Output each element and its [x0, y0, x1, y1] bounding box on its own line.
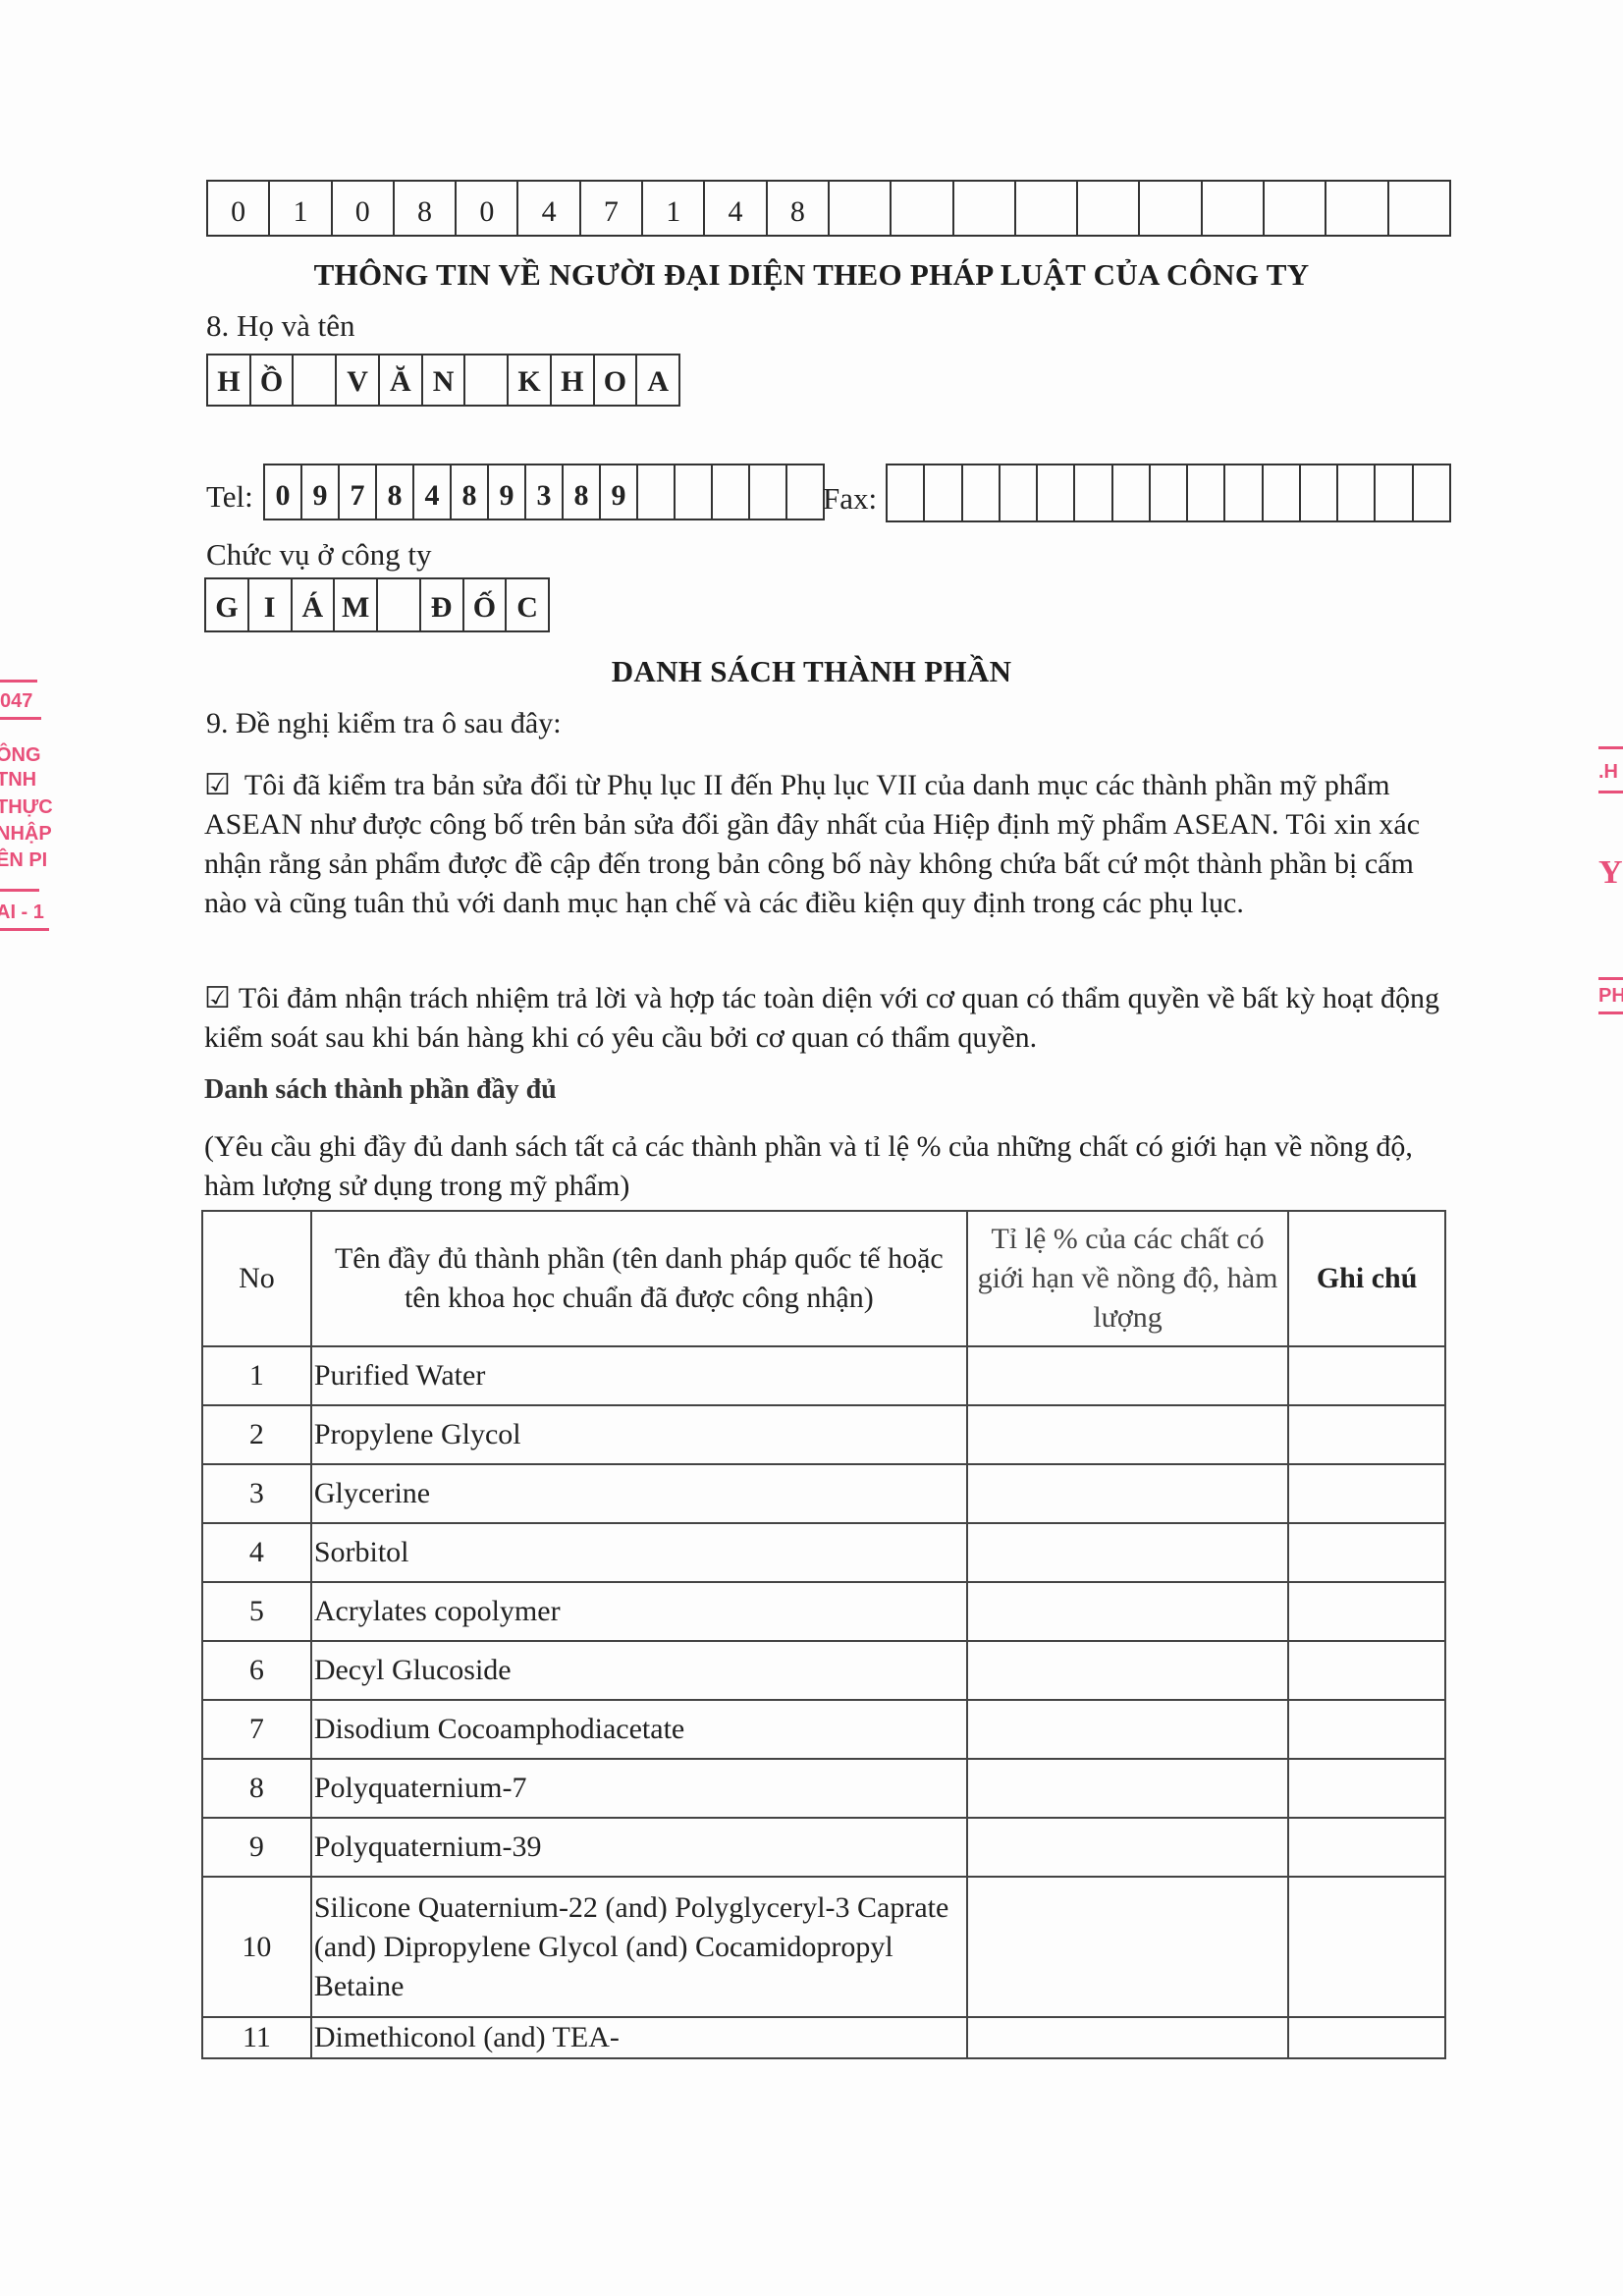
stamp-rule	[0, 680, 37, 683]
cell-note[interactable]	[1288, 1464, 1445, 1523]
cell-ratio[interactable]	[967, 2017, 1288, 2058]
stamp-text: THỰC	[0, 793, 53, 821]
tel-digit-box[interactable]: 0	[265, 465, 302, 519]
cell-name: Dimethiconol (and) TEA-	[311, 2017, 967, 2058]
tel-digit-box[interactable]: 9	[601, 465, 638, 519]
position-char-box[interactable]: Ố	[464, 579, 508, 630]
cell-ratio[interactable]	[967, 1818, 1288, 1877]
cell-no: 8	[202, 1759, 311, 1818]
tel-digit-box[interactable]: 7	[340, 465, 377, 519]
cell-ratio[interactable]	[967, 1464, 1288, 1523]
cell-name: Decyl Glucoside	[311, 1641, 967, 1700]
table-row: 3Glycerine	[202, 1464, 1445, 1523]
checkbox-checked-icon[interactable]: ☑	[204, 769, 231, 801]
name-char-box[interactable]: Ồ	[251, 355, 295, 405]
stamp-text: .H	[1598, 758, 1618, 786]
tel-digit-box[interactable]: 8	[452, 465, 489, 519]
table-row: 11Dimethiconol (and) TEA-	[202, 2017, 1445, 2058]
stamp-rule	[0, 928, 49, 931]
full-list-heading: Danh sách thành phần đầy đủ	[204, 1074, 557, 1106]
tel-digit-box[interactable]	[713, 465, 750, 519]
stamp-rule	[1598, 746, 1623, 749]
position-char-box[interactable]: C	[507, 579, 550, 630]
table-row: 9Polyquaternium-39	[202, 1818, 1445, 1877]
header-no: No	[202, 1211, 311, 1346]
tax-code-digit-box[interactable]	[892, 182, 953, 235]
name-boxes: HỒVĂNKHOA	[206, 354, 680, 407]
stamp-text: ÊN PI	[0, 847, 47, 874]
stamp-text: Y	[1598, 859, 1623, 887]
cell-ratio[interactable]	[967, 1405, 1288, 1464]
ingredients-title: DANH SÁCH THÀNH PHẦN	[0, 654, 1623, 689]
ingredients-table: No Tên đầy đủ thành phần (tên danh pháp …	[201, 1210, 1446, 2059]
tel-digit-box[interactable]	[787, 465, 825, 519]
declaration-1: ☑Tôi đã kiểm tra bản sửa đổi từ Phụ lục …	[204, 766, 1451, 923]
fax-digit-box[interactable]	[1338, 465, 1376, 520]
cell-ratio[interactable]	[967, 1346, 1288, 1405]
position-boxes: GIÁMĐỐC	[204, 577, 550, 632]
header-ratio: Tỉ lệ % của các chất có giới hạn về nồng…	[967, 1211, 1288, 1346]
cell-no: 1	[202, 1346, 311, 1405]
tel-digit-box[interactable]	[750, 465, 787, 519]
name-char-box[interactable]	[294, 355, 337, 405]
stamp-rule	[0, 717, 41, 720]
stamp-text: 047	[0, 687, 32, 715]
cell-no: 3	[202, 1464, 311, 1523]
fax-boxes	[886, 464, 1451, 522]
cell-ratio[interactable]	[967, 1582, 1288, 1641]
fax-digit-box[interactable]	[888, 465, 925, 520]
cell-ratio[interactable]	[967, 1759, 1288, 1818]
tax-code-digit-box[interactable]: 8	[395, 182, 457, 235]
position-char-box[interactable]: Á	[293, 579, 336, 630]
tel-boxes: 0978489389	[263, 464, 825, 520]
stamp-text: AI - 1	[0, 899, 44, 926]
tel-digit-box[interactable]: 4	[414, 465, 452, 519]
fax-digit-box[interactable]	[963, 465, 1001, 520]
full-list-note: (Yêu cầu ghi đầy đủ danh sách tất cả các…	[204, 1127, 1441, 1206]
tel-digit-box[interactable]: 9	[302, 465, 340, 519]
tax-code-digit-box[interactable]: 7	[581, 182, 643, 235]
tel-digit-box[interactable]: 8	[377, 465, 414, 519]
header-note: Ghi chú	[1288, 1211, 1445, 1346]
cell-note[interactable]	[1288, 1700, 1445, 1759]
cell-ratio[interactable]	[967, 1700, 1288, 1759]
fax-digit-box[interactable]	[1075, 465, 1112, 520]
tel-digit-box[interactable]: 9	[489, 465, 526, 519]
tax-code-digit-box[interactable]: 8	[768, 182, 830, 235]
tax-code-digit-box[interactable]	[1265, 182, 1326, 235]
cell-note[interactable]	[1288, 1405, 1445, 1464]
cell-no: 6	[202, 1641, 311, 1700]
stamp-text: NHẬP	[0, 820, 52, 847]
declaration-2-text: Tôi đảm nhận trách nhiệm trả lời và hợp …	[204, 982, 1439, 1054]
tel-digit-box[interactable]: 3	[526, 465, 564, 519]
declaration-2: ☑Tôi đảm nhận trách nhiệm trả lời và hợp…	[204, 979, 1451, 1058]
position-label: Chức vụ ở công ty	[206, 537, 432, 573]
cell-note[interactable]	[1288, 1877, 1445, 2017]
name-char-box[interactable]: N	[423, 355, 466, 405]
table-row: 1Purified Water	[202, 1346, 1445, 1405]
stamp-rule	[1598, 791, 1623, 793]
cell-name: Purified Water	[311, 1346, 967, 1405]
cell-note[interactable]	[1288, 1346, 1445, 1405]
tel-label: Tel:	[206, 479, 253, 515]
cell-name: Disodium Cocoamphodiacetate	[311, 1700, 967, 1759]
declaration-1-text: Tôi đã kiểm tra bản sửa đổi từ Phụ lục I…	[204, 769, 1420, 919]
cell-name: Polyquaternium-7	[311, 1759, 967, 1818]
cell-note[interactable]	[1288, 1523, 1445, 1582]
stamp-rule	[1598, 977, 1623, 980]
legal-rep-title: THÔNG TIN VỀ NGƯỜI ĐẠI DIỆN THEO PHÁP LU…	[0, 257, 1623, 293]
tel-digit-box[interactable]	[638, 465, 676, 519]
position-char-box[interactable]: M	[335, 579, 378, 630]
name-label: 8. Họ và tên	[206, 308, 355, 344]
cell-name: Acrylates copolymer	[311, 1582, 967, 1641]
fax-digit-box[interactable]	[1113, 465, 1151, 520]
stamp-rule	[0, 889, 39, 892]
table-row: 7Disodium Cocoamphodiacetate	[202, 1700, 1445, 1759]
tax-code-digit-box[interactable]	[1389, 182, 1451, 235]
tax-code-digit-box[interactable]: 1	[270, 182, 332, 235]
tax-code-digit-box[interactable]	[1140, 182, 1202, 235]
cell-ratio[interactable]	[967, 1877, 1288, 2017]
tax-code-digit-box[interactable]	[1016, 182, 1078, 235]
fax-digit-box[interactable]	[1301, 465, 1338, 520]
cell-name: Silicone Quaternium-22 (and) Polyglycery…	[311, 1877, 967, 2017]
cell-name: Sorbitol	[311, 1523, 967, 1582]
name-char-box[interactable]: K	[509, 355, 552, 405]
cell-name: Propylene Glycol	[311, 1405, 967, 1464]
fax-digit-box[interactable]	[1188, 465, 1225, 520]
tax-code-digit-box[interactable]	[1326, 182, 1388, 235]
name-char-box[interactable]: V	[337, 355, 380, 405]
tel-digit-box[interactable]	[676, 465, 713, 519]
cell-no: 10	[202, 1877, 311, 2017]
table-row: 4Sorbitol	[202, 1523, 1445, 1582]
fax-digit-box[interactable]	[1414, 465, 1451, 520]
cell-name: Polyquaternium-39	[311, 1818, 967, 1877]
tel-digit-box[interactable]: 8	[564, 465, 601, 519]
tax-code-digit-box[interactable]: 0	[208, 182, 270, 235]
cell-no: 11	[202, 2017, 311, 2058]
cell-name: Glycerine	[311, 1464, 967, 1523]
cell-note[interactable]	[1288, 1759, 1445, 1818]
position-char-box[interactable]: I	[249, 579, 293, 630]
tax-code-digit-box[interactable]: 4	[705, 182, 767, 235]
cell-note[interactable]	[1288, 1582, 1445, 1641]
cell-note[interactable]	[1288, 1818, 1445, 1877]
cell-no: 4	[202, 1523, 311, 1582]
name-char-box[interactable]: H	[208, 355, 251, 405]
stamp-text: TNH	[0, 766, 36, 793]
name-char-box[interactable]	[465, 355, 509, 405]
cell-no: 9	[202, 1818, 311, 1877]
tax-code-digit-box[interactable]	[954, 182, 1016, 235]
position-char-box[interactable]: Đ	[421, 579, 464, 630]
fax-label: Fax:	[823, 481, 877, 517]
tax-code-boxes: 0108047148	[206, 180, 1451, 237]
name-char-box[interactable]: A	[637, 355, 680, 405]
item-9-label: 9. Đề nghị kiểm tra ô sau đây:	[206, 707, 562, 740]
tax-code-digit-box[interactable]	[1203, 182, 1265, 235]
tax-code-digit-box[interactable]	[830, 182, 892, 235]
name-char-box[interactable]: O	[595, 355, 638, 405]
cell-note[interactable]	[1288, 2017, 1445, 2058]
tax-code-digit-box[interactable]: 4	[518, 182, 580, 235]
table-row: 2Propylene Glycol	[202, 1405, 1445, 1464]
cell-ratio[interactable]	[967, 1641, 1288, 1700]
fax-digit-box[interactable]	[1151, 465, 1188, 520]
tax-code-digit-box[interactable]: 1	[643, 182, 705, 235]
table-header-row: No Tên đầy đủ thành phần (tên danh pháp …	[202, 1211, 1445, 1346]
fax-digit-box[interactable]	[1038, 465, 1075, 520]
tax-code-digit-box[interactable]: 0	[457, 182, 518, 235]
cell-no: 2	[202, 1405, 311, 1464]
table-row: 6Decyl Glucoside	[202, 1641, 1445, 1700]
position-char-box[interactable]	[378, 579, 421, 630]
tax-code-digit-box[interactable]: 0	[333, 182, 395, 235]
fax-digit-box[interactable]	[1225, 465, 1263, 520]
fax-digit-box[interactable]	[925, 465, 962, 520]
stamp-text: PHC	[1598, 982, 1623, 1010]
cell-no: 7	[202, 1700, 311, 1759]
stamp-text: ÔNG	[0, 741, 41, 769]
name-char-box[interactable]: H	[552, 355, 595, 405]
table-row: 10Silicone Quaternium-22 (and) Polyglyce…	[202, 1877, 1445, 2017]
stamp-rule	[1598, 1011, 1623, 1014]
table-row: 8Polyquaternium-7	[202, 1759, 1445, 1818]
table-row: 5Acrylates copolymer	[202, 1582, 1445, 1641]
checkbox-checked-icon[interactable]: ☑	[204, 982, 231, 1014]
cell-no: 5	[202, 1582, 311, 1641]
fax-digit-box[interactable]	[1376, 465, 1413, 520]
cell-note[interactable]	[1288, 1641, 1445, 1700]
position-char-box[interactable]: G	[206, 579, 249, 630]
name-char-box[interactable]: Ă	[380, 355, 423, 405]
header-name: Tên đầy đủ thành phần (tên danh pháp quố…	[311, 1211, 967, 1346]
fax-digit-box[interactable]	[1001, 465, 1038, 520]
cell-ratio[interactable]	[967, 1523, 1288, 1582]
fax-digit-box[interactable]	[1264, 465, 1301, 520]
tax-code-digit-box[interactable]	[1078, 182, 1140, 235]
